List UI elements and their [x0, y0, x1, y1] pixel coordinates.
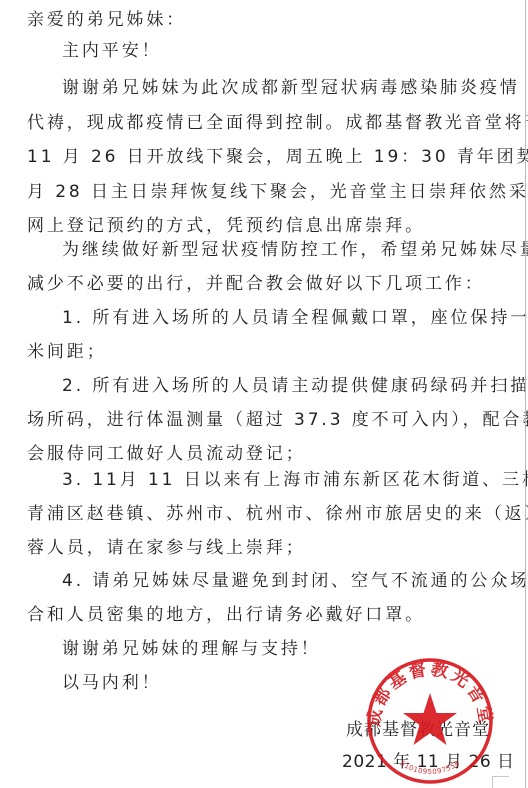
svg-text:5101095097558: 5101095097558 — [399, 759, 462, 776]
paragraph1-line4: 月 28 日主日崇拜恢复线下聚会，光音堂主日崇拜依然采用 — [27, 181, 528, 203]
page-right-border — [525, 0, 526, 788]
item2-line1: 2. 所有进入场所的人员请主动提供健康码绿码并扫描 — [62, 375, 528, 397]
paragraph2-line2: 减少不必要的出行，并配合教会做好以下几项工作： — [27, 273, 485, 295]
stamp-code-text: 5101095097558 — [399, 759, 462, 776]
item2-line2: 场所码，进行体温测量（超过 37.3 度不可入内），配合教 — [27, 409, 528, 431]
closing-line: 以马内利！ — [62, 672, 162, 694]
paragraph2-line1: 为继续做好新型冠状疫情防控工作，希望弟兄姊妹尽量 — [62, 239, 528, 261]
item4-line1: 4. 请弟兄姊妹尽量避免到封闭、空气不流通的公众场 — [62, 570, 528, 592]
greeting: 亲爱的弟兄姊妹： — [27, 9, 186, 31]
document-page: 亲爱的弟兄姊妹： 主内平安！ 谢谢弟兄姊妹为此次成都新型冠状病毒感染肺炎疫情 代… — [0, 0, 528, 788]
paragraph1-line1: 谢谢弟兄姊妹为此次成都新型冠状病毒感染肺炎疫情 — [62, 77, 520, 99]
item3-line2: 青浦区赵巷镇、苏州市、杭州市、徐州市旅居史的来（返） — [27, 503, 528, 525]
salutation: 主内平安！ — [62, 40, 162, 62]
item2-line3: 会服侍同工做好人员流动登记； — [27, 443, 306, 465]
thanks-line: 谢谢弟兄姊妹的理解与支持！ — [62, 638, 321, 660]
paragraph1-line5: 网上登记预约的方式，凭预约信息出席崇拜。 — [27, 215, 425, 237]
item3-line1: 3. 11月 11 日以来有上海市浦东新区花木街道、三林镇、 — [62, 469, 528, 491]
item1-line2: 米间距； — [27, 341, 107, 363]
item3-line3: 蓉人员，请在家参与线上崇拜； — [27, 537, 306, 559]
paragraph1-line2: 代祷，现成都疫情已全面得到控制。成都基督教光音堂将于 — [27, 112, 528, 134]
item4-line2: 合和人员密集的地方，出行请务必戴好口罩。 — [27, 604, 425, 626]
star-icon — [403, 693, 457, 745]
paragraph1-line3: 11 月 26 日开放线下聚会，周五晚上 19：30 青年团契、11 — [27, 146, 528, 168]
official-seal-stamp: 成都基督教光音堂 5101095097558 — [364, 657, 496, 785]
item1-line1: 1. 所有进入场所的人员请全程佩戴口罩，座位保持一 — [62, 307, 528, 329]
